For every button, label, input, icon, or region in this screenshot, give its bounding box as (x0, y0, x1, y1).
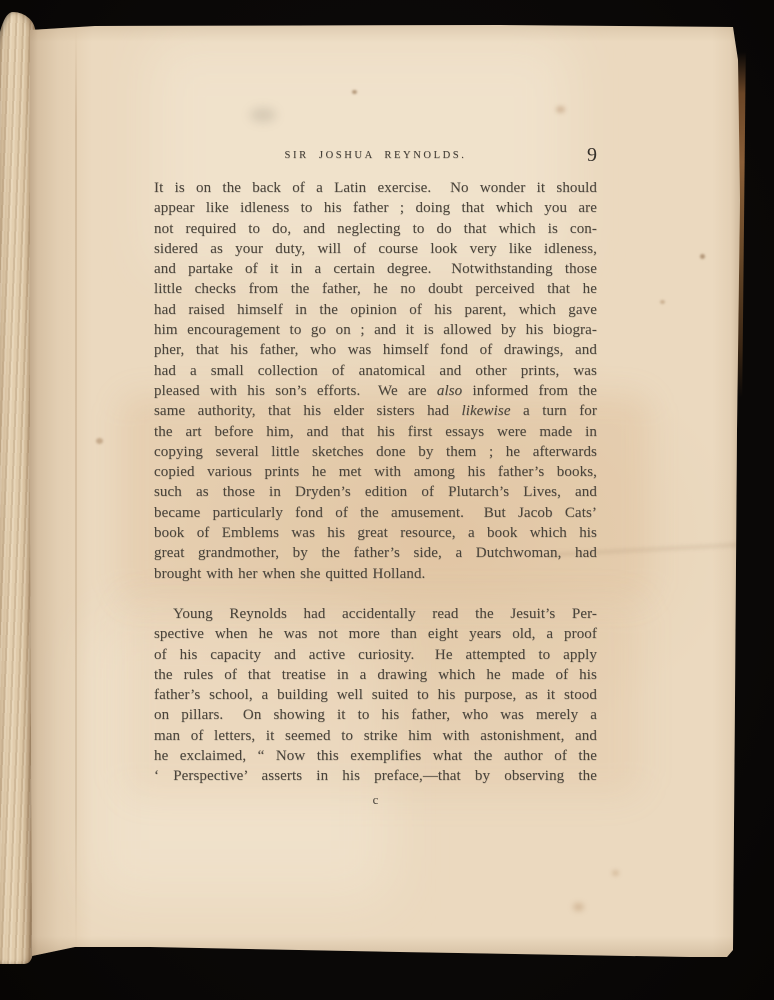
foxing-stain (612, 870, 619, 876)
gutter-crease-line (75, 30, 77, 952)
text-line: book of Emblems was his great resource, … (154, 523, 597, 543)
catchword: c (154, 792, 597, 808)
text-line: of his capacity and active curiosity. He… (154, 645, 597, 665)
text-segment: a turn for (511, 403, 597, 419)
page-number: 9 (587, 144, 597, 167)
text-line: ‘ Perspective’ asserts in his preface,—t… (154, 766, 597, 786)
book-page: SIR JOSHUA REYNOLDS. 9 It is on the back… (28, 24, 740, 960)
text-line: him encouragement to go on ; and it is a… (154, 320, 597, 340)
page-header: SIR JOSHUA REYNOLDS. 9 (154, 150, 597, 170)
text-line: not required to do, and neglecting to do… (154, 219, 597, 239)
body-text: It is on the back of a Latin exercise. N… (154, 178, 597, 787)
foxing-stain (352, 90, 357, 94)
text-line: such as those in Dryden’s edition of Plu… (154, 482, 597, 502)
text-line: little checks from the father, he no dou… (154, 279, 597, 299)
running-title: SIR JOSHUA REYNOLDS. (285, 150, 467, 161)
foxing-stain (573, 903, 584, 911)
text-line: pleased with his son’s efforts. We are a… (154, 381, 597, 401)
foxing-stain (250, 108, 276, 122)
text-segment: same authority, that his elder sisters h… (154, 403, 461, 419)
paragraph: Young Reynolds had accidentally read the… (154, 604, 597, 787)
text-line: the rules of that treatise in a drawing … (154, 665, 597, 685)
text-line: father’s school, a building well suited … (154, 685, 597, 705)
text-line: sidered as your duty, will of course loo… (154, 239, 597, 259)
text-line: he exclaimed, “ Now this exemplifies wha… (154, 746, 597, 766)
text-line: the art before him, and that his first e… (154, 422, 597, 442)
text-line: copied various prints he met with among … (154, 462, 597, 482)
italic-text: also (437, 383, 462, 399)
text-line: appear like idleness to his father ; doi… (154, 198, 597, 218)
text-line: pher, that his father, who was himself f… (154, 340, 597, 360)
photo-background: SIR JOSHUA REYNOLDS. 9 It is on the back… (0, 0, 774, 1000)
foxing-stain (660, 300, 665, 304)
text-line: and partake of it in a certain degree. N… (154, 259, 597, 279)
text-line: spective when he was not more than eight… (154, 624, 597, 644)
text-line: brought with her when she quitted Hollan… (154, 564, 597, 584)
text-line: same authority, that his elder sisters h… (154, 401, 597, 421)
italic-text: likewise (461, 403, 510, 419)
paragraph: It is on the back of a Latin exercise. N… (154, 178, 597, 584)
text-line: on pillars. On showing it to his father,… (154, 705, 597, 725)
foxing-stain (556, 106, 565, 113)
text-line: man of letters, it seemed to strike him … (154, 726, 597, 746)
foxing-stain (700, 254, 705, 259)
text-line: had raised himself in the opinion of his… (154, 300, 597, 320)
text-line: had a small collection of anatomical and… (154, 361, 597, 381)
text-line: It is on the back of a Latin exercise. N… (154, 178, 597, 198)
text-line: became particularly fond of the amusemen… (154, 503, 597, 523)
text-block: SIR JOSHUA REYNOLDS. 9 It is on the back… (154, 150, 597, 808)
text-line: great grandmother, by the father’s side,… (154, 543, 597, 563)
text-segment: pleased with his son’s efforts. We are (154, 383, 437, 399)
foxing-stain (96, 438, 103, 444)
text-line: Young Reynolds had accidentally read the… (154, 604, 597, 624)
text-line: copying several little sketches done by … (154, 442, 597, 462)
text-segment: informed from the (462, 383, 597, 399)
